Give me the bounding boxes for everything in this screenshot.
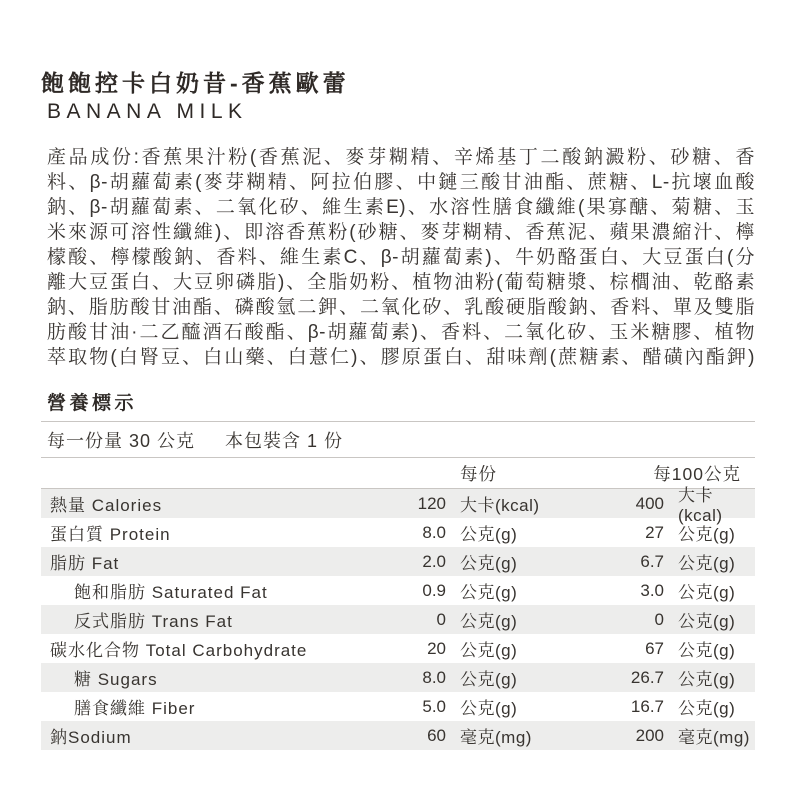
row-value-per-serving: 8.0	[376, 668, 446, 688]
row-unit-per-100g: 公克(g)	[664, 636, 755, 661]
ingredient-line: 料、β-胡蘿蔔素(麥芽糊精、阿拉伯膠、中鏈三酸甘油酯、蔗糖、L-抗壞血酸	[47, 170, 755, 195]
row-value-per-serving: 2.0	[376, 552, 446, 572]
row-unit-per-100g: 公克(g)	[664, 694, 755, 719]
row-value-per-100g: 26.7	[572, 668, 664, 688]
ingredient-line: 離大豆蛋白、大豆卵磷脂)、全脂奶粉、植物油粉(葡萄糖漿、棕櫚油、乾酪素	[47, 270, 755, 295]
row-label: 碳水化合物 Total Carbohydrate	[41, 636, 376, 661]
row-value-per-serving: 120	[376, 494, 446, 514]
row-value-per-100g: 27	[572, 523, 664, 543]
row-unit-per-100g: 公克(g)	[664, 520, 755, 545]
row-value-per-100g: 0	[572, 610, 664, 630]
ingredient-line: 檬酸、檸檬酸鈉、香料、維生素C、β-胡蘿蔔素)、牛奶酪蛋白、大豆蛋白(分	[47, 245, 755, 270]
row-value-per-serving: 0	[376, 610, 446, 630]
ingredient-line: 產品成份:香蕉果汁粉(香蕉泥、麥芽糊精、辛烯基丁二酸鈉澱粉、砂糖、香	[47, 145, 755, 170]
product-label-page: 飽飽控卡白奶昔-香蕉歐蕾 BANANA MILK 產品成份:香蕉果汁粉(香蕉泥、…	[0, 0, 800, 750]
row-unit-per-100g: 公克(g)	[664, 665, 755, 690]
serving-size-text: 每一份量 30 公克	[47, 427, 195, 453]
serving-info-row: 每一份量 30 公克 本包裝含 1 份	[47, 422, 755, 457]
row-unit-per-serving: 公克(g)	[446, 636, 572, 661]
row-label: 蛋白質 Protein	[41, 520, 376, 545]
table-row: 飽和脂肪 Saturated Fat0.9公克(g)3.0公克(g)	[41, 576, 755, 605]
row-unit-per-serving: 公克(g)	[446, 578, 572, 603]
row-label: 膳食纖維 Fiber	[41, 694, 376, 719]
table-row: 熱量 Calories120大卡(kcal)400大卡(kcal)	[41, 489, 755, 518]
row-label: 反式脂肪 Trans Fat	[41, 607, 376, 632]
table-row: 脂肪 Fat2.0公克(g)6.7公克(g)	[41, 547, 755, 576]
row-value-per-100g: 3.0	[572, 581, 664, 601]
row-value-per-100g: 400	[572, 494, 664, 514]
column-header-per-serving: 每份	[460, 461, 497, 486]
table-row: 反式脂肪 Trans Fat0公克(g)0公克(g)	[41, 605, 755, 634]
table-column-headers: 每份 每100公克	[41, 458, 755, 488]
row-unit-per-serving: 大卡(kcal)	[446, 491, 572, 516]
ingredient-line: 肪酸甘油·二乙醯酒石酸酯、β-胡蘿蔔素)、香料、二氧化矽、玉米糖膠、植物	[47, 320, 755, 345]
product-subtitle: BANANA MILK	[47, 101, 755, 123]
row-unit-per-100g: 公克(g)	[664, 607, 755, 632]
row-value-per-100g: 200	[572, 726, 664, 746]
row-unit-per-serving: 公克(g)	[446, 694, 572, 719]
row-label: 飽和脂肪 Saturated Fat	[41, 578, 376, 603]
ingredient-line: 萃取物(白腎豆、白山藥、白薏仁)、膠原蛋白、甜味劑(蔗糖素、醋磺內酯鉀)	[47, 345, 755, 370]
row-value-per-100g: 6.7	[572, 552, 664, 572]
table-row: 糖 Sugars8.0公克(g)26.7公克(g)	[41, 663, 755, 692]
ingredients-paragraph: 產品成份:香蕉果汁粉(香蕉泥、麥芽糊精、辛烯基丁二酸鈉澱粉、砂糖、香料、β-胡蘿…	[47, 145, 755, 370]
row-value-per-100g: 16.7	[572, 697, 664, 717]
row-value-per-serving: 5.0	[376, 697, 446, 717]
row-unit-per-serving: 公克(g)	[446, 520, 572, 545]
product-title: 飽飽控卡白奶昔-香蕉歐蕾	[41, 68, 755, 98]
row-unit-per-serving: 公克(g)	[446, 665, 572, 690]
nutrition-section-title: 營養標示	[47, 391, 755, 416]
nutrition-table: 熱量 Calories120大卡(kcal)400大卡(kcal)蛋白質 Pro…	[41, 489, 755, 750]
table-row: 碳水化合物 Total Carbohydrate20公克(g)67公克(g)	[41, 634, 755, 663]
row-unit-per-serving: 公克(g)	[446, 607, 572, 632]
ingredient-line: 鈉、β-胡蘿蔔素、二氧化矽、維生素E)、水溶性膳食纖維(果寡醣、菊糖、玉	[47, 195, 755, 220]
row-value-per-100g: 67	[572, 639, 664, 659]
row-value-per-serving: 60	[376, 726, 446, 746]
row-unit-per-100g: 毫克(mg)	[664, 723, 755, 748]
ingredient-line: 米來源可溶性纖維)、即溶香蕉粉(砂糖、麥芽糊精、香蕉泥、蘋果濃縮汁、檸	[47, 220, 755, 245]
row-unit-per-serving: 公克(g)	[446, 549, 572, 574]
row-unit-per-100g: 公克(g)	[664, 578, 755, 603]
table-row: 膳食纖維 Fiber5.0公克(g)16.7公克(g)	[41, 692, 755, 721]
row-value-per-serving: 8.0	[376, 523, 446, 543]
row-unit-per-100g: 公克(g)	[664, 549, 755, 574]
table-row: 蛋白質 Protein8.0公克(g)27公克(g)	[41, 518, 755, 547]
table-row: 鈉Sodium60毫克(mg)200毫克(mg)	[41, 721, 755, 750]
row-label: 脂肪 Fat	[41, 549, 376, 574]
row-label: 鈉Sodium	[41, 723, 376, 748]
ingredient-line: 鈉、脂肪酸甘油酯、磷酸氫二鉀、二氧化矽、乳酸硬脂酸鈉、香料、單及雙脂	[47, 295, 755, 320]
row-unit-per-serving: 毫克(mg)	[446, 723, 572, 748]
row-label: 糖 Sugars	[41, 665, 376, 690]
row-label: 熱量 Calories	[41, 491, 376, 516]
row-value-per-serving: 0.9	[376, 581, 446, 601]
row-value-per-serving: 20	[376, 639, 446, 659]
package-count-text: 本包裝含 1 份	[225, 427, 343, 453]
